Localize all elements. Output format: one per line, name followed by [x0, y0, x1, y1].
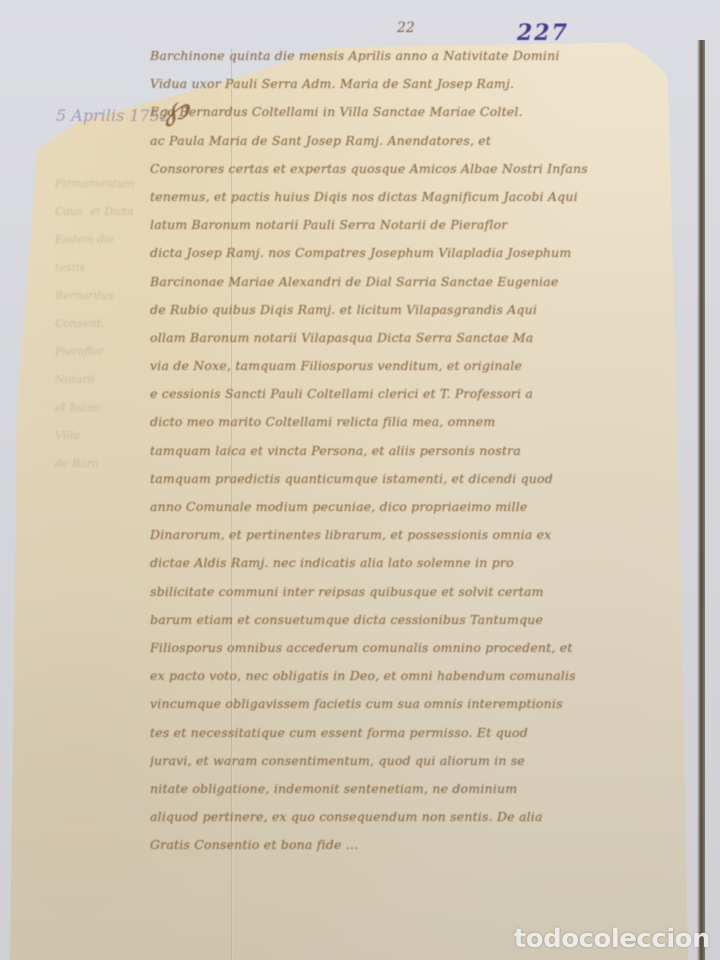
manuscript-line: Dinarorum, et pertinentes librarum, et p… [150, 521, 670, 549]
manuscript-line: aliquod pertinere, ex quo consequendum n… [150, 803, 670, 831]
manuscript-line: juravi, et waram consentimentum, quod qu… [150, 747, 670, 775]
manuscript-line: sbilicitate communi inter reipsas quibus… [150, 578, 670, 606]
manuscript-line: Gratis Consentio et bona fide ... [150, 831, 670, 859]
manuscript-line: Barchinone quinta die mensis Aprilis ann… [150, 42, 670, 70]
manuscript-line: ex pacto voto, nec obligatis in Deo, et … [150, 662, 670, 690]
manuscript-line: Filiosporus omnibus accederum comunalis … [150, 634, 670, 662]
manuscript-line: de Rubio quibus Diqis Ramj. et licitum V… [150, 296, 670, 324]
manuscript-line: vincumque obligavissem facietis cum sua … [150, 690, 670, 718]
manuscript-line: e cessionis Sancti Pauli Coltellami cler… [150, 380, 670, 408]
manuscript-body: Barchinone quinta die mensis Aprilis ann… [150, 42, 670, 859]
manuscript-line: Vidua uxor Pauli Serra Adm. Maria de San… [150, 70, 670, 98]
manuscript-line: Consorores certas et expertas quosque Am… [150, 155, 670, 183]
manuscript-line: nitate obligatione, indemonit sentenetia… [150, 775, 670, 803]
manuscript-line: tes et necessitatique cum essent forma p… [150, 719, 670, 747]
manuscript-line: Barcinonae Mariae Alexandri de Dial Sarr… [150, 268, 670, 296]
manuscript-line: dicta Josep Ramj. nos Compatres Josephum… [150, 239, 670, 267]
folio-number-brown: 22 [397, 20, 415, 36]
manuscript-line: anno Comunale modium pecuniae, dico prop… [150, 493, 670, 521]
manuscript-line: dictae Aldis Ramj. nec indicatis alia la… [150, 549, 670, 577]
manuscript-line: ollam Baronum notarii Vilapasqua Dicta S… [150, 324, 670, 352]
manuscript-line: ac Paula Maria de Sant Josep Ramj. Anend… [150, 127, 670, 155]
watermark-logo: todocoleccion [514, 924, 710, 954]
manuscript-line: Ego Bernardus Coltellami in Villa Sancta… [150, 98, 670, 126]
manuscript-line: tenemus, et pactis huius Diqis nos dicta… [150, 183, 670, 211]
page-edge-shadow [697, 40, 705, 960]
manuscript-line: tamquam praedictis quanticumque istament… [150, 465, 670, 493]
manuscript-line: dicto meo marito Coltellami relicta fili… [150, 408, 670, 436]
manuscript-line: barum etiam et consuetumque dicta cessio… [150, 606, 670, 634]
manuscript-line: latum Baronum notarii Pauli Serra Notari… [150, 211, 670, 239]
manuscript-line: tamquam laica et vincta Persona, et alii… [150, 437, 670, 465]
manuscript-line: via de Noxe, tamquam Filiosporus venditu… [150, 352, 670, 380]
